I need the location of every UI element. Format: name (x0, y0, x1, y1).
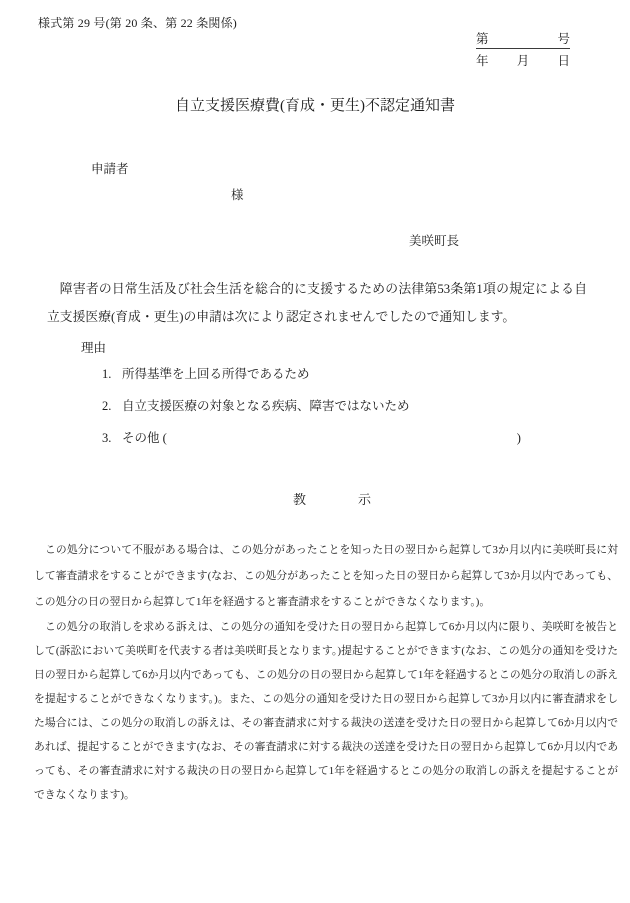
document-number-and-date: 第 号 年 月 日 (476, 29, 570, 69)
issuer-mayor-name: 美咲町長 (409, 231, 459, 249)
reason-section-label: 理由 (81, 338, 106, 356)
kyoji-paragraph-appeal-request: この処分について不服がある場合は、この処分があったことを知った日の翌日から起算し… (34, 537, 618, 615)
reason-text: 自立支援医療の対象となる疾病、障害ではないため (122, 399, 410, 413)
reason-item-1: 1.所得基準を上回る所得であるため (102, 365, 572, 383)
date-day-label: 日 (557, 51, 570, 69)
reason-close-paren: ) (517, 431, 521, 445)
document-title: 自立支援医療費(育成・更生)不認定通知書 (0, 94, 630, 115)
kyoji-section-heading: 教 示 (293, 489, 371, 508)
notice-body-paragraph: 障害者の日常生活及び社会生活を総合的に支援するための法律第53条第1項の規定によ… (47, 276, 587, 331)
notification-document-page: 様式第 29 号(第 20 条、第 22 条関係) 第 号 年 月 日 自立支援… (0, 0, 630, 903)
reason-text: その他 ( (122, 431, 167, 445)
kyoji-section-body: この処分について不服がある場合は、この処分があったことを知った日の翌日から起算し… (34, 537, 618, 807)
reason-number: 2. (102, 397, 122, 415)
reason-item-2: 2.自立支援医療の対象となる疾病、障害ではないため (102, 397, 572, 415)
reason-text: 所得基準を上回る所得であるため (122, 367, 310, 381)
applicant-label: 申請者 (91, 159, 129, 177)
applicant-honorific: 様 (231, 185, 244, 203)
doc-number-suffix: 号 (557, 29, 570, 47)
reason-list: 1.所得基準を上回る所得であるため 2.自立支援医療の対象となる疾病、障害ではな… (102, 365, 572, 461)
reason-number: 1. (102, 365, 122, 383)
date-month-label: 月 (517, 51, 530, 69)
document-number-line: 第 号 (476, 29, 570, 49)
reason-item-3: 3.その他 () (102, 429, 572, 447)
reason-number: 3. (102, 429, 122, 447)
date-line: 年 月 日 (476, 51, 570, 69)
kyoji-paragraph-lawsuit: この処分の取消しを求める訴えは、この処分の通知を受けた日の翌日から起算して6か月… (34, 615, 618, 807)
date-year-label: 年 (476, 51, 489, 69)
form-number: 様式第 29 号(第 20 条、第 22 条関係) (38, 14, 237, 31)
doc-number-prefix: 第 (476, 29, 489, 47)
